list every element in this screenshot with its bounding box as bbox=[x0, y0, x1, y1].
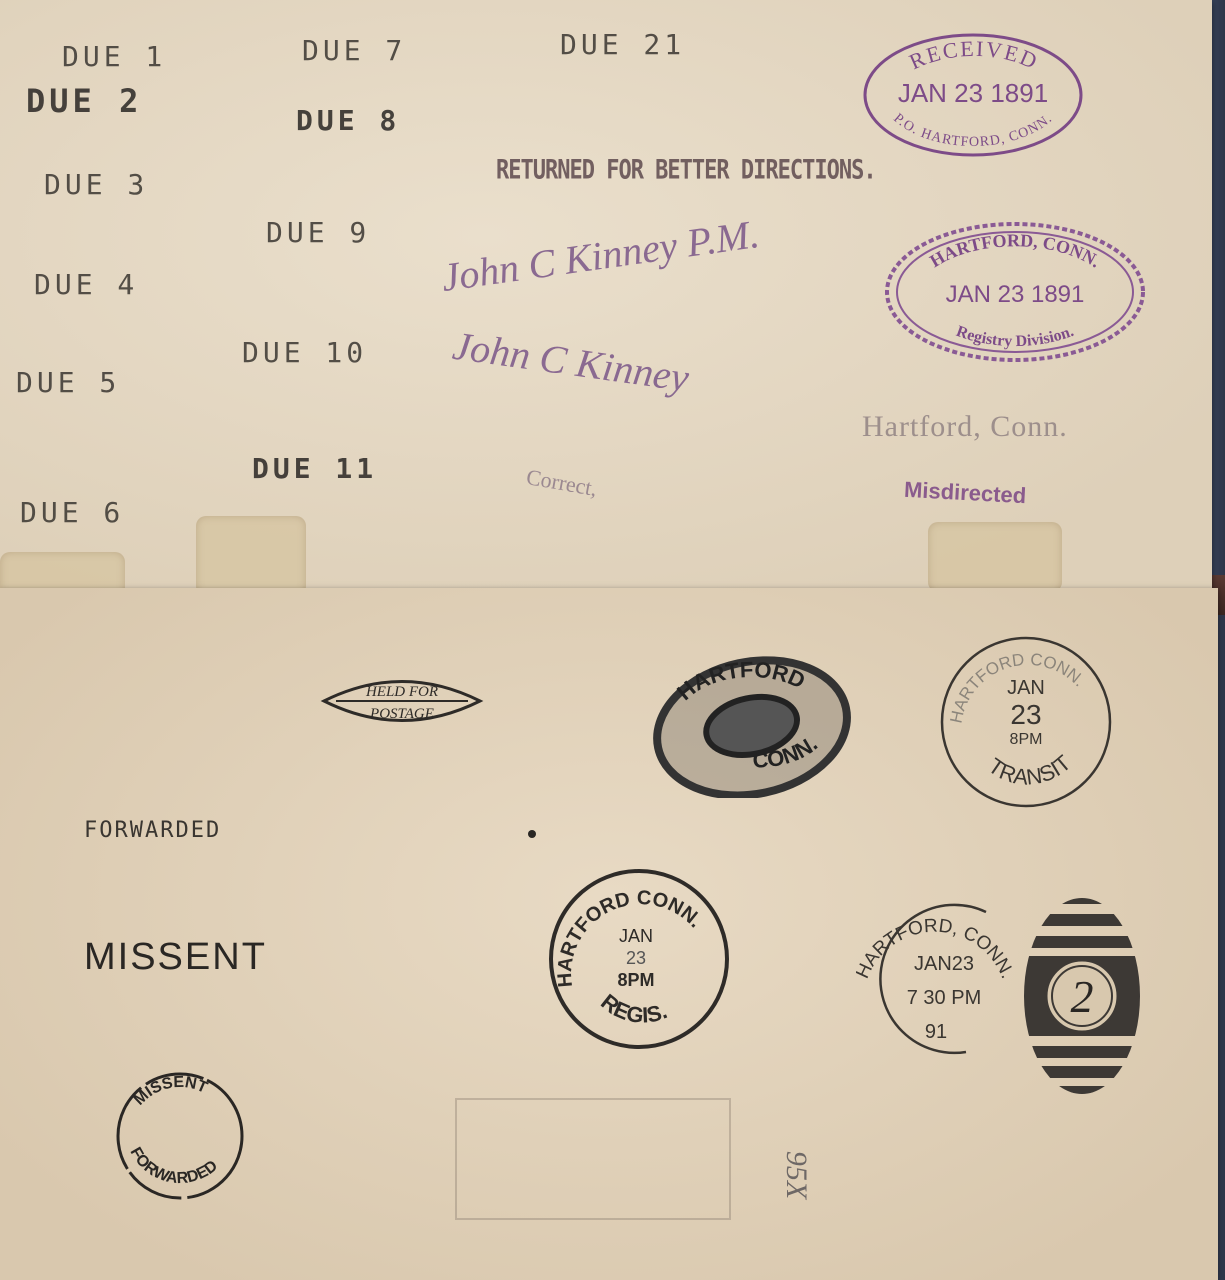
due-5-stamp: DUE 5 bbox=[16, 366, 120, 399]
svg-text:HARTFORD, CONN.: HARTFORD, CONN. bbox=[926, 230, 1104, 271]
svg-text:2: 2 bbox=[1071, 971, 1094, 1022]
svg-text:JAN23: JAN23 bbox=[914, 953, 974, 975]
pencil-note: 95X bbox=[779, 1151, 813, 1199]
svg-text:7 30 PM: 7 30 PM bbox=[907, 987, 981, 1009]
misdirected-stamp: Misdirected bbox=[903, 477, 1026, 509]
transit-postmark: HARTFORD CONN. JAN 23 8PM TRANSIT bbox=[936, 632, 1116, 812]
registered-postmark: HARTFORD CONN. JAN 23 8PM REGIS. bbox=[544, 864, 734, 1054]
hinge-tape bbox=[196, 516, 306, 596]
svg-text:8PM: 8PM bbox=[617, 970, 654, 990]
forwarded-stamp: FORWARDED bbox=[84, 818, 221, 843]
bottom-card: HELD FOR POSTAGE FORWARDED MISSENT HARTF… bbox=[0, 588, 1218, 1280]
registry-division-oval-stamp: HARTFORD, CONN. JAN 23 1891 Registry Div… bbox=[880, 218, 1150, 363]
svg-text:FORWARDED: FORWARDED bbox=[127, 1145, 221, 1187]
svg-text:REGIS.: REGIS. bbox=[596, 989, 670, 1028]
hartford-postmark: HARTFORD, CONN. JAN23 7 30 PM 91 bbox=[856, 892, 1026, 1072]
held-for-postage-stamp: HELD FOR POSTAGE bbox=[318, 666, 486, 736]
due-8-stamp: DUE 8 bbox=[296, 104, 400, 137]
due-9-stamp: DUE 9 bbox=[266, 216, 370, 249]
returned-for-better-directions-stamp: RETURNED FOR BETTER DIRECTIONS. bbox=[496, 156, 876, 186]
due-7-stamp: DUE 7 bbox=[302, 34, 406, 67]
due-6-stamp: DUE 6 bbox=[20, 496, 124, 529]
ink-dot bbox=[528, 830, 536, 838]
postmaster-signature: John C Kinney P.M. bbox=[438, 210, 762, 301]
svg-text:P.O. HARTFORD, CONN.: P.O. HARTFORD, CONN. bbox=[890, 111, 1055, 150]
due-2-stamp: DUE 2 bbox=[26, 82, 142, 120]
due-21-stamp: DUE 21 bbox=[560, 28, 685, 61]
svg-text:8PM: 8PM bbox=[1010, 731, 1043, 748]
svg-text:JAN 23 1891: JAN 23 1891 bbox=[946, 281, 1085, 308]
svg-text:JAN: JAN bbox=[619, 926, 653, 946]
received-oval-stamp: RECEIVED JAN 23 1891 P.O. HARTFORD, CONN… bbox=[858, 28, 1088, 163]
top-card: DUE 1 DUE 2 DUE 3 DUE 4 DUE 5 DUE 6 DUE … bbox=[0, 0, 1212, 590]
svg-text:MISSENT: MISSENT bbox=[131, 1074, 210, 1109]
svg-text:91: 91 bbox=[925, 1021, 947, 1043]
hartford-conn-stamp: Hartford, Conn. bbox=[862, 410, 1068, 444]
due-4-stamp: DUE 4 bbox=[34, 268, 138, 301]
svg-text:JAN: JAN bbox=[1007, 677, 1045, 699]
faded-stamp-impression bbox=[455, 1098, 731, 1220]
hinge-tape bbox=[928, 522, 1062, 592]
signature: John C Kinney bbox=[450, 322, 692, 402]
svg-text:JAN 23 1891: JAN 23 1891 bbox=[898, 78, 1048, 108]
due-1-stamp: DUE 1 bbox=[62, 40, 166, 73]
svg-text:TRANSIT: TRANSIT bbox=[984, 750, 1076, 790]
svg-text:Registry Division.: Registry Division. bbox=[954, 323, 1076, 350]
svg-text:POSTAGE: POSTAGE bbox=[369, 706, 434, 722]
due-11-stamp: DUE 11 bbox=[252, 452, 377, 485]
numeral-killer-cancel: 2 bbox=[1020, 894, 1144, 1098]
correct-stamp: Correct, bbox=[524, 464, 599, 502]
svg-text:HELD FOR: HELD FOR bbox=[365, 684, 438, 700]
due-10-stamp: DUE 10 bbox=[242, 336, 367, 369]
missent-stamp: MISSENT bbox=[84, 936, 267, 979]
svg-text:23: 23 bbox=[626, 948, 646, 968]
due-3-stamp: DUE 3 bbox=[44, 168, 148, 201]
svg-text:23: 23 bbox=[1010, 699, 1041, 730]
hartford-oval-cancel: HARTFORD CONN. bbox=[646, 648, 856, 798]
missent-forwarded-stamp: MISSENT FORWARDED bbox=[112, 1068, 248, 1204]
